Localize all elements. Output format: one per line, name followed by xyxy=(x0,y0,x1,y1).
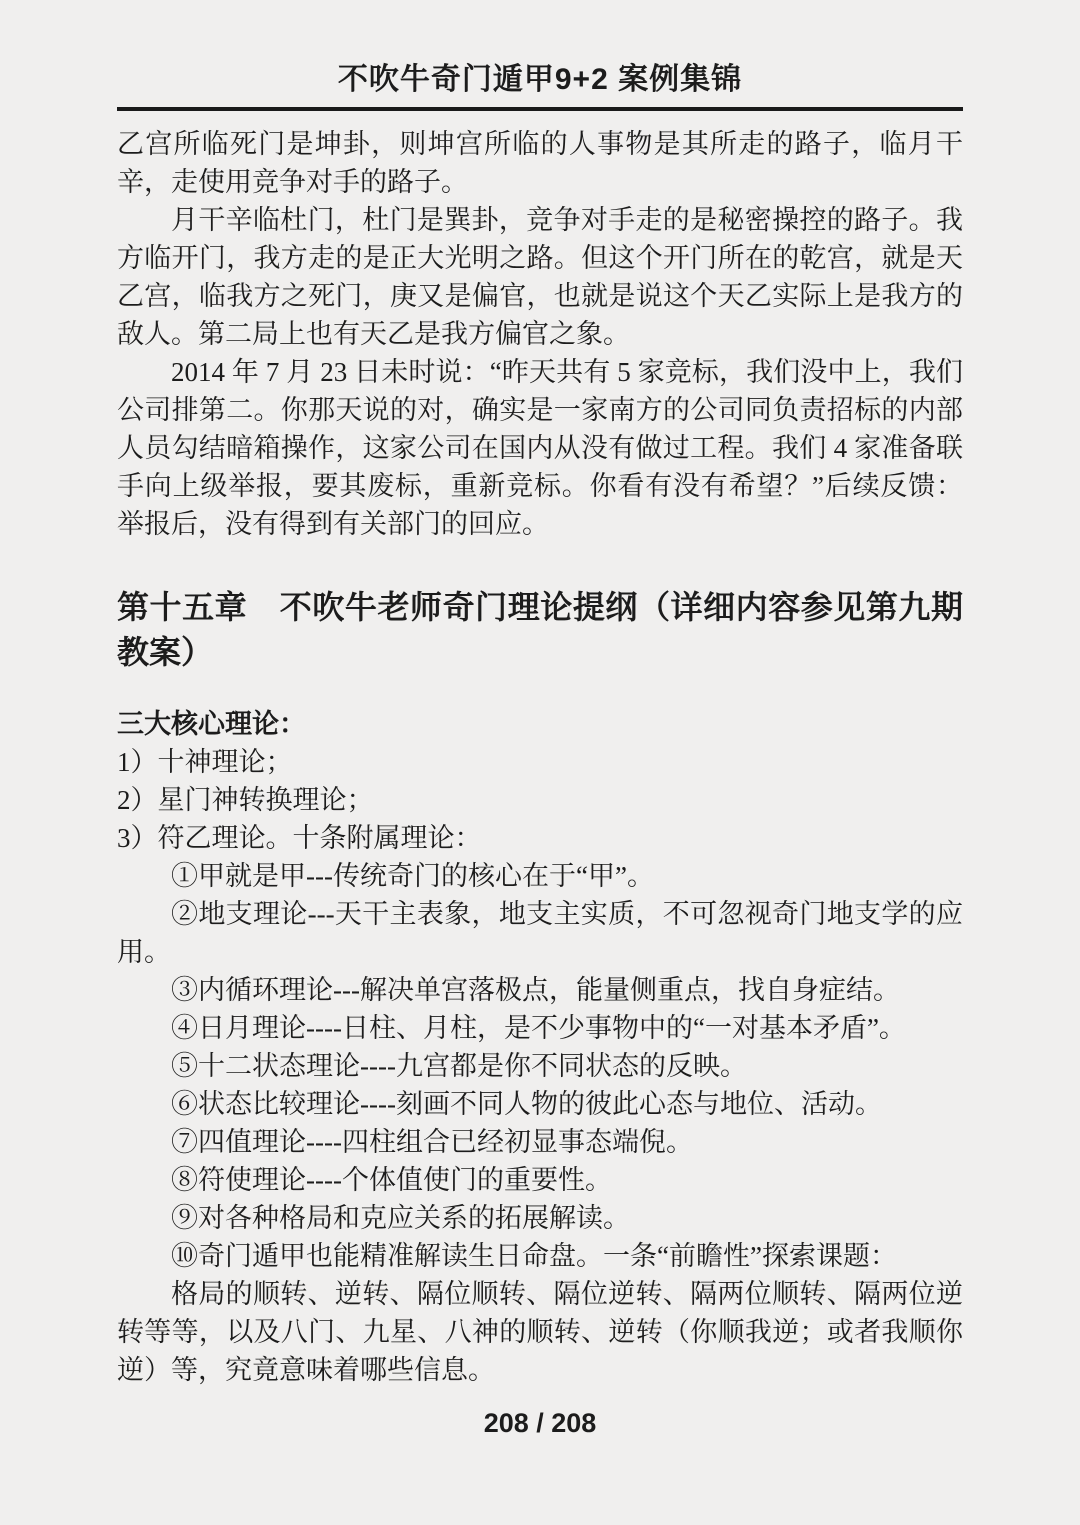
body-paragraphs: 乙宫所临死门是坤卦，则坤宫所临的人事物是其所走的路子，临月干辛，走使用竞争对手的… xyxy=(117,125,963,543)
body-paragraph: 月干辛临杜门，杜门是巽卦，竞争对手走的是秘密操控的路子。我方临开门，我方走的是正… xyxy=(117,201,963,353)
sub-theory-item: ③内循环理论---解决单宫落极点，能量侧重点，找自身症结。 xyxy=(117,971,963,1009)
sub-theory-item: ⑦四值理论----四柱组合已经初显事态端倪。 xyxy=(117,1123,963,1161)
book-page: 不吹牛奇门遁甲9+2 案例集锦 乙宫所临死门是坤卦，则坤宫所临的人事物是其所走的… xyxy=(0,0,1080,1525)
core-theory-list: 1）十神理论；2）星门神转换理论；3）符乙理论。十条附属理论： xyxy=(117,743,963,857)
sub-theory-list: ①甲就是甲---传统奇门的核心在于“甲”。②地支理论---天干主表象，地支主实质… xyxy=(117,857,963,1275)
sub-theory-item: ⑥状态比较理论----刻画不同人物的彼此心态与地位、活动。 xyxy=(117,1085,963,1123)
section-title: 三大核心理论： xyxy=(117,705,963,743)
page-content: 不吹牛奇门遁甲9+2 案例集锦 乙宫所临死门是坤卦，则坤宫所临的人事物是其所走的… xyxy=(117,0,963,1389)
core-theory-item: 1）十神理论； xyxy=(117,743,963,781)
body-paragraph: 乙宫所临死门是坤卦，则坤宫所临的人事物是其所走的路子，临月干辛，走使用竞争对手的… xyxy=(117,125,963,201)
page-header-title: 不吹牛奇门遁甲9+2 案例集锦 xyxy=(117,62,963,98)
sub-theory-item: ⑨对各种格局和克应关系的拓展解读。 xyxy=(117,1199,963,1237)
sub-theory-item: ⑩奇门遁甲也能精准解读生日命盘。一条“前瞻性”探索课题： xyxy=(117,1237,963,1275)
sub-theory-item: ⑤十二状态理论----九宫都是你不同状态的反映。 xyxy=(117,1047,963,1085)
sub-theory-item: ④日月理论----日柱、月柱，是不少事物中的“一对基本矛盾”。 xyxy=(117,1009,963,1047)
header-divider xyxy=(117,107,963,111)
body-paragraph: 2014 年 7 月 23 日未时说：“昨天共有 5 家竞标，我们没中上，我们公… xyxy=(117,353,963,543)
sub-theory-item: ①甲就是甲---传统奇门的核心在于“甲”。 xyxy=(117,857,963,895)
sub-theory-item: ②地支理论---天干主表象，地支主实质，不可忽视奇门地支学的应用。 xyxy=(117,895,963,971)
page-number: 208 / 208 xyxy=(0,1408,1080,1439)
core-theory-item: 2）星门神转换理论； xyxy=(117,781,963,819)
chapter-heading: 第十五章 不吹牛老师奇门理论提纲（详细内容参见第九期教案） xyxy=(117,585,963,675)
closing-paragraph: 格局的顺转、逆转、隔位顺转、隔位逆转、隔两位顺转、隔两位逆转等等，以及八门、九星… xyxy=(117,1275,963,1389)
core-theory-item: 3）符乙理论。十条附属理论： xyxy=(117,819,963,857)
sub-theory-item: ⑧符使理论----个体值使门的重要性。 xyxy=(117,1161,963,1199)
